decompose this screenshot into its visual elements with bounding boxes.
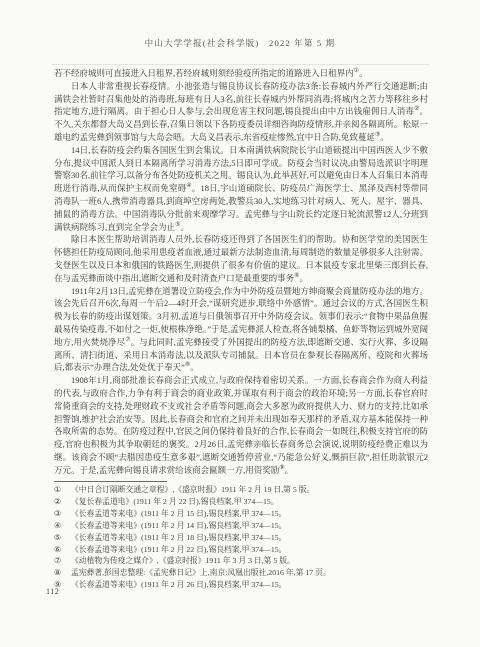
body-paragraph: 14日,长春防疫会约集各国医生到会集议。日本南满铁病院院长宇山道硕提出中国西医人… <box>54 144 428 234</box>
body-paragraph: 除日本医生帮助培训消毒人员外,长春防疫还得到了各国医生们的帮助。协和医学堂的美国… <box>54 233 428 284</box>
footnote-text: 《长春孟道等来电》(1911 年 2 月 26 日),锡良档案,甲 374—15… <box>71 579 431 591</box>
footnote-text: 《长春孟道等来电》(1911 年 2 月 14 日),锡良档案,甲 374—15… <box>71 520 431 532</box>
running-head: 中山大学学报(社会科学版) 2022 年第 5 期 <box>0 37 480 49</box>
footnote-marker: ① <box>54 484 71 496</box>
footnote-marker: ② <box>54 496 71 508</box>
footnote-marker: ⑧ <box>54 567 71 579</box>
footnote-marker: ④ <box>54 520 71 532</box>
footnote-item: ② 《复长春孟道电》(1911 年 2 月 22 日),锡良档案,甲 374—1… <box>54 496 431 508</box>
footnote-text: 《长春孟道等来电》(1911 年 2 月 22 日),锡良档案,甲 374—15… <box>71 544 431 556</box>
footnote-item: ⑦ 《动植物为传疫之媒介》,《盛京时报》1911 年 3 月 3 日,第 5 版… <box>54 555 431 567</box>
article-body: 若不经府城则可直接进入日租界,若经府城则须经验疫所指定的道路进入日租界内①。 日… <box>54 67 428 477</box>
body-paragraph: 1911年2月13日,孟宪彝在道署设立防疫会,作为中外防疫员暨地方绅商聚会商量防… <box>54 285 428 375</box>
footnote-marker: ⑦ <box>54 555 71 567</box>
footnote-item: ⑥ 《长春孟道等来电》(1911 年 2 月 22 日),锡良档案,甲 374—… <box>54 544 431 556</box>
page-number: 112 <box>46 587 59 596</box>
footnote-item: ⑨ 《长春孟道等来电》(1911 年 2 月 26 日),锡良档案,甲 374—… <box>54 579 431 591</box>
footnote-item: ⑤ 《长春孟道等来电》(1911 年 2 月 18 日),锡良档案,甲 374—… <box>54 532 431 544</box>
footnote-marker: ⑥ <box>54 544 71 556</box>
footnote-marker: ⑤ <box>54 532 71 544</box>
footnote-item: ④ 《长春孟道等来电》(1911 年 2 月 14 日),锡良档案,甲 374—… <box>54 520 431 532</box>
footnote-separator <box>54 481 167 482</box>
footnote-list: ① 《中日合订隔断交通之章程》,《盛京时报》1911 年 2 月 19 日,第 … <box>54 484 431 591</box>
footnote-text: 《长春孟道等来电》(1911 年 2 月 15 日),锡良档案,甲 374—15… <box>71 508 431 520</box>
journal-page: 中山大学学报(社会科学版) 2022 年第 5 期 若不经府城则可直接进入日租界… <box>0 0 480 647</box>
body-paragraph: 若不经府城则可直接进入日租界,若经府城则须经验疫所指定的道路进入日租界内①。 <box>54 67 428 80</box>
footnote-text: 《中日合订隔断交通之章程》,《盛京时报》1911 年 2 月 19 日,第 5 … <box>71 484 431 496</box>
footnote-text: 《长春孟道等来电》(1911 年 2 月 18 日),锡良档案,甲 374—15… <box>71 532 431 544</box>
footnote-item: ⑧ 孟宪彝著,彭国忠整理:《孟宪彝日记》上,南京:凤凰出版社,2016 年,第 … <box>54 567 431 579</box>
body-paragraph: 1908年1月,商部批准长春商会正式成立,与政府保持着密切关系。一方面,长春商会… <box>54 374 428 476</box>
footnote-item: ③ 《长春孟道等来电》(1911 年 2 月 15 日),锡良档案,甲 374—… <box>54 508 431 520</box>
footnote-item: ① 《中日合订隔断交通之章程》,《盛京时报》1911 年 2 月 19 日,第 … <box>54 484 431 496</box>
footnote-text: 孟宪彝著,彭国忠整理:《孟宪彝日记》上,南京:凤凰出版社,2016 年,第 17… <box>71 567 431 579</box>
header-rule <box>52 64 429 65</box>
body-paragraph: 日本人非常重视长春疫情。小池张造与锡良协议长春防疫办法3条:长春城内外严行交通遮… <box>54 80 428 144</box>
footnote-marker: ③ <box>54 508 71 520</box>
footnote-text: 《复长春孟道电》(1911 年 2 月 22 日),锡良档案,甲 374—15。 <box>71 496 431 508</box>
footnote-text: 《动植物为传疫之媒介》,《盛京时报》1911 年 3 月 3 日,第 5 版。 <box>71 555 431 567</box>
